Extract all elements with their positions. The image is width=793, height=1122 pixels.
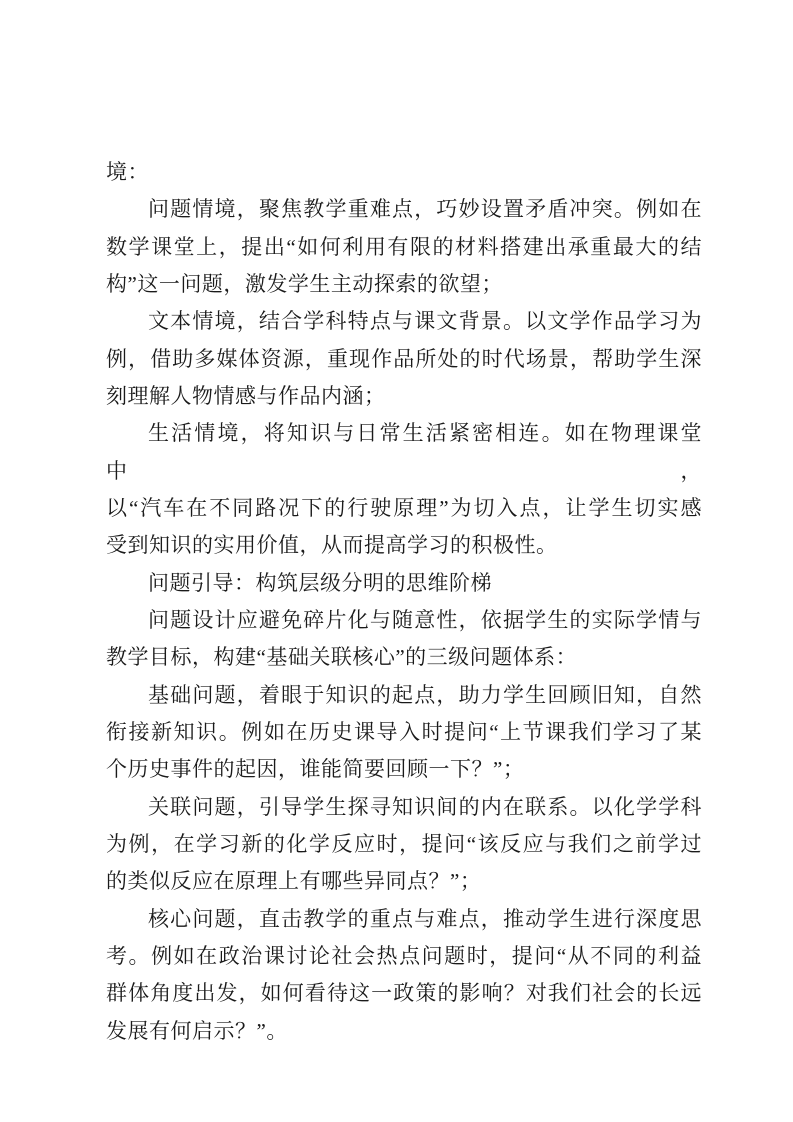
paragraph: 问题情境，聚焦教学重难点，巧妙设置矛盾冲突。例如在数学课堂上，提出“如何利用有限…: [106, 191, 702, 303]
doc-line: 个历史事件的起因，谁能简要回顾一下？”；: [106, 751, 702, 788]
doc-line: 数学课堂上，提出“如何利用有限的材料搭建出承重最大的结: [106, 229, 702, 266]
doc-line: 生活情境，将知识与日常生活紧密相连。如在物理课堂中，: [106, 415, 702, 490]
doc-line: 教学目标，构建“基础关联核心”的三级问题体系：: [106, 639, 702, 676]
paragraph: 境：: [106, 154, 702, 191]
doc-line: 为例，在学习新的化学反应时，提问“该反应与我们之前学过: [106, 826, 702, 863]
text-body: 境：问题情境，聚焦教学重难点，巧妙设置矛盾冲突。例如在数学课堂上，提出“如何利用…: [106, 154, 702, 1050]
doc-line: 境：: [106, 154, 702, 191]
doc-line: 问题设计应避免碎片化与随意性，依据学生的实际学情与: [106, 602, 702, 639]
doc-line: 文本情境，结合学科特点与课文背景。以文学作品学习为: [106, 303, 702, 340]
paragraph: 关联问题，引导学生探寻知识间的内在联系。以化学学科为例，在学习新的化学反应时，提…: [106, 789, 702, 901]
section-heading: 问题引导：构筑层级分明的思维阶梯: [106, 565, 702, 602]
doc-line: 衔接新知识。例如在历史课导入时提问“上节课我们学习了某: [106, 714, 702, 751]
doc-line: 核心问题，直击教学的重点与难点，推动学生进行深度思: [106, 901, 702, 938]
doc-line: 以“汽车在不同路况下的行驶原理”为切入点，让学生切实感: [106, 490, 702, 527]
doc-line: 考。例如在政治课讨论社会热点问题时，提问“从不同的利益: [106, 938, 702, 975]
paragraph: 问题设计应避免碎片化与随意性，依据学生的实际学情与教学目标，构建“基础关联核心”…: [106, 602, 702, 677]
paragraph: 文本情境，结合学科特点与课文背景。以文学作品学习为例，借助多媒体资源，重现作品所…: [106, 303, 702, 415]
doc-line: 基础问题，着眼于知识的起点，助力学生回顾旧知，自然: [106, 677, 702, 714]
paragraph: 生活情境，将知识与日常生活紧密相连。如在物理课堂中，以“汽车在不同路况下的行驶原…: [106, 415, 702, 564]
doc-line: 关联问题，引导学生探寻知识间的内在联系。以化学学科: [106, 789, 702, 826]
doc-line: 例，借助多媒体资源，重现作品所处的时代场景，帮助学生深: [106, 341, 702, 378]
paragraph: 核心问题，直击教学的重点与难点，推动学生进行深度思考。例如在政治课讨论社会热点问…: [106, 901, 702, 1050]
doc-line: 群体角度出发，如何看待这一政策的影响？对我们社会的长远: [106, 975, 702, 1012]
doc-line: 构”这一问题，激发学生主动探索的欲望；: [106, 266, 702, 303]
doc-line: 刻理解人物情感与作品内涵；: [106, 378, 702, 415]
doc-line: 受到知识的实用价值，从而提高学习的积极性。: [106, 527, 702, 564]
doc-line: 问题引导：构筑层级分明的思维阶梯: [106, 565, 702, 602]
doc-line: 发展有何启示？”。: [106, 1013, 702, 1050]
paragraph: 基础问题，着眼于知识的起点，助力学生回顾旧知，自然衔接新知识。例如在历史课导入时…: [106, 677, 702, 789]
doc-line: 问题情境，聚焦教学重难点，巧妙设置矛盾冲突。例如在: [106, 191, 702, 228]
doc-line: 的类似反应在原理上有哪些异同点？”；: [106, 863, 702, 900]
document-page: 境：问题情境，聚焦教学重难点，巧妙设置矛盾冲突。例如在数学课堂上，提出“如何利用…: [0, 0, 793, 1122]
